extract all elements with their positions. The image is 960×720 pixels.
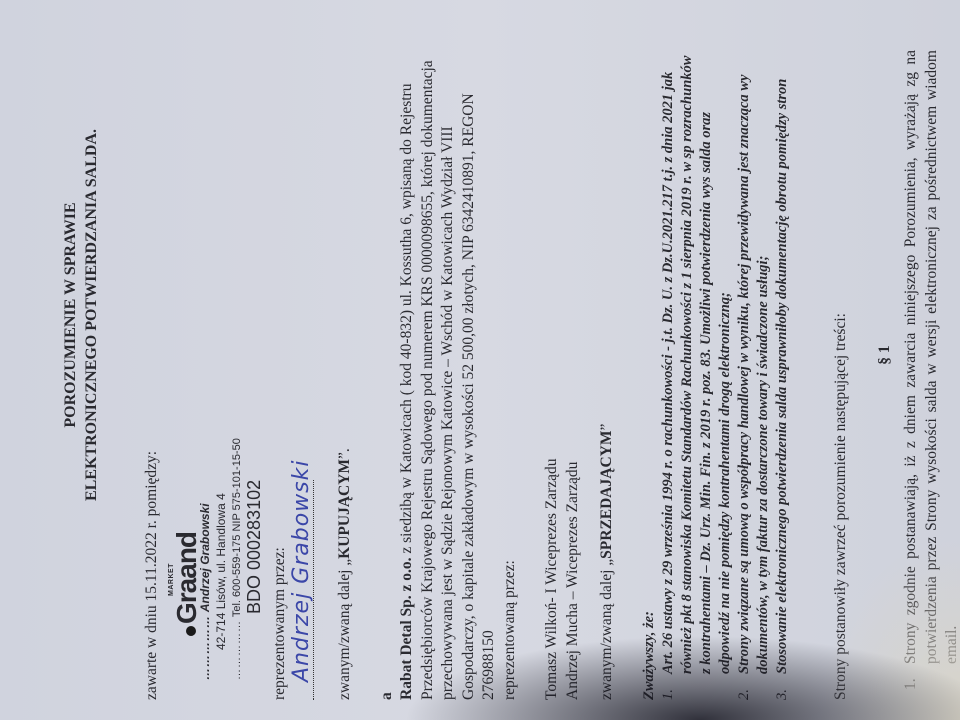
list-item: 1.Art. 26 ustawy z 29 września 1994 r. o…: [659, 50, 736, 700]
stamp-brand-small: MARKET: [167, 50, 176, 596]
item-number: 1.: [901, 664, 960, 690]
seller-rep-1: Tomasz Wilkoń- I Wiceprezes Zarządu: [542, 50, 562, 700]
item-number: 3.: [773, 674, 792, 700]
list-item: 2.Strony związane są umową o współpracy …: [735, 50, 773, 700]
document-title: POROZUMIENIE W SPRAWIE ELEKTRONICZNEGO P…: [60, 50, 102, 580]
seller-alias-line: zwanym/zwaną dalej „SPRZEDAJĄCYM”: [597, 50, 617, 700]
seller-paragraph: Rabat Detal Sp. z o.o. z siedzibą w Kato…: [397, 50, 499, 700]
item-text: Stosowanie elektronicznego potwierdzenia…: [773, 79, 792, 674]
stamp-brand-logo: Graand: [176, 50, 198, 636]
alias-prefix: zwanym/zwaną dalej „: [336, 559, 353, 700]
buyer-signature: Andrzej Grabowski: [287, 460, 316, 683]
buyer-stamp: MARKET Graand …………… Andrzej Grabowski 42…: [167, 50, 264, 680]
and-connector: a: [378, 692, 395, 700]
document-page: POROZUMIENIE W SPRAWIE ELEKTRONICZNEGO P…: [0, 0, 960, 720]
buyer-alias: KUPUJĄCYM: [336, 459, 353, 559]
alias-suffix: ”.: [336, 448, 353, 459]
title-line-2: ELEKTRONICZNEGO POTWIERDZANIA SALDA.: [81, 50, 102, 580]
item-text: Strony zgodnie postanawiają, iż z dniem …: [901, 50, 960, 664]
whereas-heading: Zważywszy, że:: [640, 50, 659, 700]
item-text: Strony związane są umową o współpracy ha…: [735, 50, 773, 674]
intro-text: zawarte w dniu 15.11.2022 r. pomiędzy:: [142, 50, 162, 700]
item-text: Art. 26 ustawy z 29 września 1994 r. o r…: [659, 50, 736, 674]
seller-represented-by: reprezentowaną przez:: [500, 50, 520, 700]
logo-dot-icon: [186, 626, 196, 636]
alias-suffix: ”: [598, 424, 615, 431]
stamp-address: 42-714 Lisów, ul. Handlowa 4: [214, 50, 230, 650]
item-number: 1.: [659, 674, 736, 700]
list-item: 1. Strony zgodnie postanawiają, iż z dni…: [901, 50, 960, 690]
agreement-statement: Strony postanowiły zawrzeć porozumienie …: [831, 50, 851, 700]
buyer-signature-field: Andrzej Grabowski: [291, 50, 321, 700]
stamp-dots: ……………: [198, 615, 212, 680]
stamp-dots-2: ……………: [231, 620, 243, 680]
seller-rep-2: Andrzej Mucha – Wiceprezes Zarządu: [563, 50, 583, 700]
buyer-alias-line: zwanym/zwaną dalej „KUPUJĄCYM”.: [335, 50, 355, 700]
stamp-owner: Andrzej Grabowski: [198, 503, 212, 612]
seller-alias: SPRZEDAJĄCYM: [598, 431, 615, 559]
seller-name: Rabat Detal Sp. z o.o.: [398, 557, 415, 700]
item-number: 2.: [735, 674, 773, 700]
alias-prefix: zwanym/zwaną dalej „: [598, 559, 615, 700]
section-heading: § 1: [875, 50, 895, 660]
title-line-1: POROZUMIENIE W SPRAWIE: [60, 50, 81, 580]
list-item: 3.Stosowanie elektronicznego potwierdzen…: [773, 50, 792, 700]
stamp-contact: Tel. 600-559-175 NIP 575-101-15-50: [231, 438, 243, 617]
document-body: POROZUMIENIE W SPRAWIE ELEKTRONICZNEGO P…: [60, 50, 960, 700]
whereas-list: Zważywszy, że: 1.Art. 26 ustawy z 29 wrz…: [640, 50, 793, 700]
stamp-bdo: BDO 000283102: [244, 50, 264, 614]
